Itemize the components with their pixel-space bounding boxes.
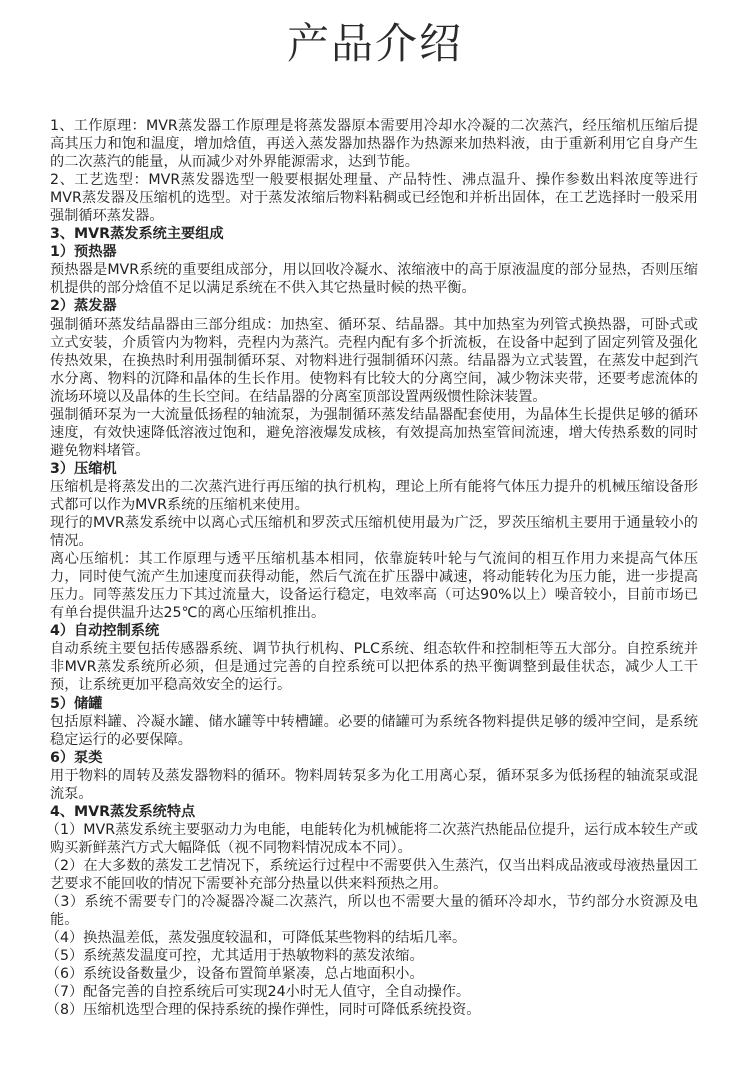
paragraph-working-principle: 1、工作原理：MVR蒸发器工作原理是将蒸发器原本需要用冷却水冷凝的二次蒸汽，经压… (50, 117, 698, 171)
paragraph-control-system: 自动系统主要包括传感器系统、调节执行机构、PLC系统、组态软件和控制柜等五大部分… (50, 640, 698, 694)
paragraph-evaporator: 强制循环蒸发结晶器由三部分组成：加热室、循环泵、结晶器。其中加热室为列管式换热器… (50, 316, 698, 406)
subheading-storage-tank: 5）储罐 (50, 695, 698, 713)
subheading-evaporator: 2）蒸发器 (50, 297, 698, 315)
section-heading-components: 3、MVR蒸发系统主要组成 (50, 225, 698, 243)
section-heading-features: 4、MVR蒸发系统特点 (50, 803, 698, 821)
feature-item-4: （4）换热温差低，蒸发强度较温和，可降低某些物料的结垢几率。 (50, 929, 698, 947)
paragraph-circulation-pump: 强制循环泵为一大流量低扬程的轴流泵，为强制循环蒸发结晶器配套使用，为晶体生长提供… (50, 406, 698, 460)
feature-item-2: （2）在大多数的蒸发工艺情况下，系统运行过程中不需要供入生蒸汽，仅当出料成品液或… (50, 857, 698, 893)
subheading-control-system: 4）自动控制系统 (50, 622, 698, 640)
page-title: 产品介绍 (0, 14, 750, 74)
feature-item-1: （1）MVR蒸发系统主要驱动力为电能，电能转化为机械能将二次蒸汽热能品位提升，运… (50, 821, 698, 857)
subheading-preheater: 1）预热器 (50, 243, 698, 261)
feature-item-3: （3）系统不需要专门的冷凝器冷凝二次蒸汽，所以也不需要大量的循环冷却水，节约部分… (50, 893, 698, 929)
paragraph-process-selection: 2、工艺选型：MVR蒸发器选型一般要根据处理量、产品特性、沸点温升、操作参数出料… (50, 171, 698, 225)
subheading-compressor: 3）压缩机 (50, 460, 698, 478)
paragraph-centrifugal-compressor: 离心压缩机：其工作原理与透平压缩机基本相同，依靠旋转叶轮与气流间的相互作用力来提… (50, 550, 698, 622)
paragraph-preheater: 预热器是MVR系统的重要组成部分，用以回收冷凝水、浓缩液中的高于原液温度的部分显… (50, 261, 698, 297)
article-body: 1、工作原理：MVR蒸发器工作原理是将蒸发器原本需要用冷却水冷凝的二次蒸汽，经压… (50, 117, 698, 1019)
feature-item-6: （6）系统设备数量少，设备布置简单紧凑，总占地面积小。 (50, 965, 698, 983)
subheading-pumps: 6）泵类 (50, 749, 698, 767)
feature-item-8: （8）压缩机选型合理的保持系统的操作弹性，同时可降低系统投资。 (50, 1001, 698, 1019)
feature-item-7: （7）配备完善的自控系统后可实现24小时无人值守，全自动操作。 (50, 983, 698, 1001)
paragraph-compressor: 压缩机是将蒸发出的二次蒸汽进行再压缩的执行机构，理论上所有能将气体压力提升的机械… (50, 478, 698, 514)
paragraph-compressor-types: 现行的MVR蒸发系统中以离心式压缩机和罗茨式压缩机使用最为广泛，罗茨压缩机主要用… (50, 514, 698, 550)
paragraph-pumps: 用于物料的周转及蒸发器物料的循环。物料周转泵多为化工用离心泵，循环泵多为低扬程的… (50, 767, 698, 803)
feature-item-5: （5）系统蒸发温度可控，尤其适用于热敏物料的蒸发浓缩。 (50, 947, 698, 965)
paragraph-storage-tank: 包括原料罐、冷凝水罐、储水罐等中转槽罐。必要的储罐可为系统各物料提供足够的缓冲空… (50, 713, 698, 749)
